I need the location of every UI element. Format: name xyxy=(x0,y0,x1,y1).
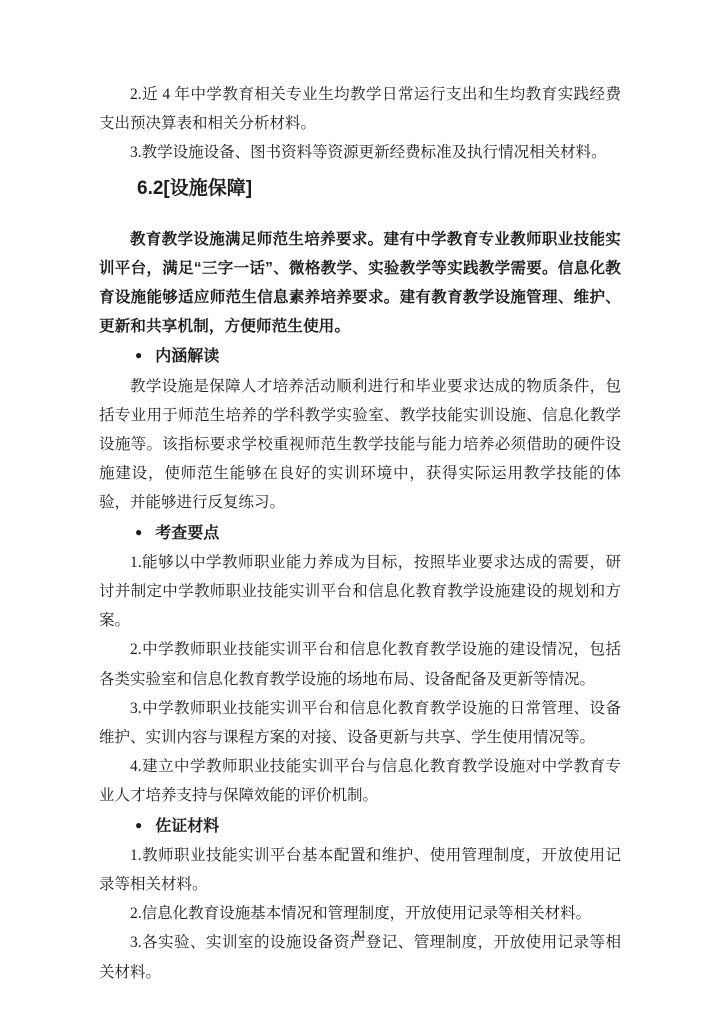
bullet-heading-label: 佐证材料 xyxy=(155,818,219,835)
paragraph-inspection-point-1: 1.能够以中学教师职业能力养成为目标，按照毕业要求达成的需要，研讨并制定中学教师… xyxy=(99,548,621,636)
paragraph-connotation-body: 教学设施是保障人才培养活动顺利进行和毕业要求达成的物质条件，包括专业用于师范生培… xyxy=(99,372,621,518)
section-heading: 6.2[设施保障] xyxy=(99,174,621,204)
bullet-heading-inspection-points: ●考查要点 xyxy=(99,518,621,548)
bullet-heading-label: 考查要点 xyxy=(155,525,219,542)
document-content: 2.近 4 年中学教育相关专业生均教学日常运行支出和生均教育实践经费支出预决算表… xyxy=(99,80,621,987)
bullet-icon: ● xyxy=(135,348,142,362)
paragraph-inspection-point-4: 4.建立中学教师职业技能实训平台与信息化教育教学设施对中学教育专业人才培养支持与… xyxy=(99,752,621,810)
document-page: 2.近 4 年中学教育相关专业生均教学日常运行支出和生均教育实践经费支出预决算表… xyxy=(0,0,720,1018)
paragraph-resource-update-materials: 3.教学设施设备、图书资料等资源更新经费标准及执行情况相关材料。 xyxy=(99,138,621,167)
paragraph-budget-materials: 2.近 4 年中学教育相关专业生均教学日常运行支出和生均教育实践经费支出预决算表… xyxy=(99,80,621,138)
paragraph-inspection-point-2: 2.中学教师职业技能实训平台和信息化教育教学设施的建设情况，包括各类实验室和信息… xyxy=(99,635,621,693)
bullet-heading-label: 内涵解读 xyxy=(155,348,219,365)
bullet-heading-supporting-materials: ●佐证材料 xyxy=(99,811,621,841)
bullet-heading-connotation: ●内涵解读 xyxy=(99,341,621,371)
bullet-icon: ● xyxy=(135,525,142,539)
bullet-icon: ● xyxy=(135,818,142,832)
requirement-paragraph: 教育教学设施满足师范生培养要求。建有中学教育专业教师职业技能实训平台，满足“三字… xyxy=(99,225,621,342)
paragraph-inspection-point-3: 3.中学教师职业技能实训平台和信息化教育教学设施的日常管理、设备维护、实训内容与… xyxy=(99,694,621,752)
page-number: 81 xyxy=(0,926,720,942)
paragraph-supporting-material-1: 1.教师职业技能实训平台基本配置和维护、使用管理制度，开放使用记录等相关材料。 xyxy=(99,841,621,899)
paragraph-supporting-material-2: 2.信息化教育设施基本情况和管理制度，开放使用记录等相关材料。 xyxy=(99,899,621,928)
